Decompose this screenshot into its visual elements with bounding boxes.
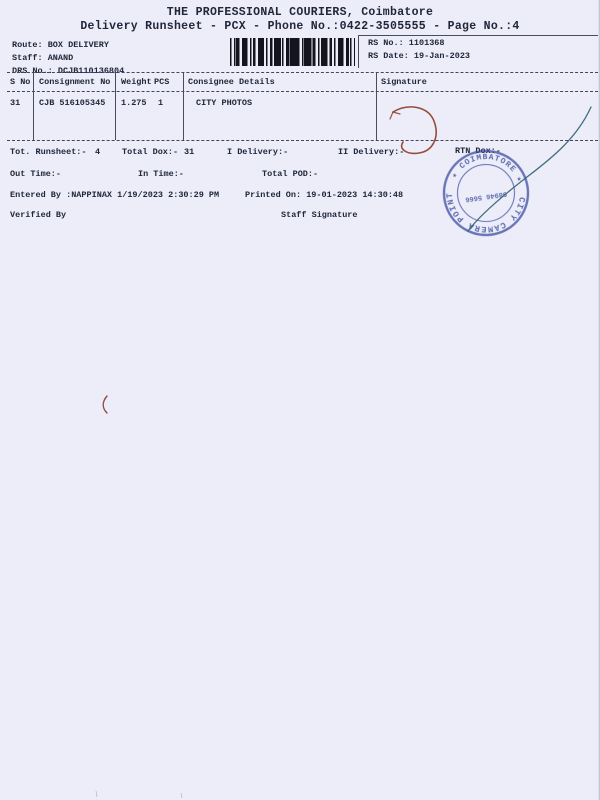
verified-by-label: Verified By [10,211,66,220]
delivery-runsheet-document: THE PROFESSIONAL COURIERS, Coimbatore De… [0,0,600,800]
tot-runsheet-value: 4 [95,148,100,157]
table-col-divider [183,72,184,140]
total-pod-field: Total POD:- [262,170,318,179]
total-dox-label: Total Dox:- [122,148,178,157]
barcode [230,38,355,66]
row-pcs: 1 [158,99,163,108]
page-title: THE PROFESSIONAL COURIERS, Coimbatore [0,7,600,19]
rs-no-field: RS No.: 1101368 [368,39,445,48]
total-dox-value: 31 [184,148,194,157]
col-header-signature: Signature [381,78,427,87]
rubber-stamp: CITY CAMERA POINT ★ COIMBATORE ★ 98946 5… [440,147,532,239]
col-header-sno: S No [10,78,30,87]
in-time-field: In Time:- [138,170,184,179]
rs-date-field: RS Date: 19-Jan-2023 [368,52,470,61]
rs-box-left-border [358,35,359,68]
col-header-weight: Weight [121,78,152,87]
ii-delivery-field: II Delivery:- [338,148,404,157]
table-col-divider [376,72,377,140]
row-consignment-no: CJB 516105345 [39,99,105,108]
table-col-divider [115,72,116,140]
col-header-consignment: Consignment No [39,78,110,87]
col-header-pcs: PCS [154,78,169,87]
row-sno: 31 [10,99,20,108]
table-header-border [7,91,598,92]
table-top-border [7,72,598,73]
table-col-divider [33,72,34,140]
page-subtitle: Delivery Runsheet - PCX - Phone No.:0422… [0,21,600,33]
red-pen-arrow-tip [390,112,400,119]
out-time-field: Out Time:- [10,170,61,179]
ink-marks-overlay [0,0,600,800]
staff-field: Staff: ANAND [12,54,73,63]
row-weight: 1.275 [121,99,147,108]
staff-signature-label: Staff Signature [281,211,358,220]
printed-on-field: Printed On: 19-01-2023 14:30:48 [245,191,403,200]
i-delivery-field: I Delivery:- [227,148,288,157]
route-field: Route: BOX DELIVERY [12,41,109,50]
table-bottom-border [7,140,598,141]
row-consignee: CITY PHOTOS [196,99,252,108]
tot-runsheet-label: Tot. Runsheet:- [10,148,87,157]
scan-specks [96,791,182,798]
entered-by-field: Entered By :NAPPINAX 1/19/2023 2:30:29 P… [10,191,219,200]
col-header-consignee: Consignee Details [188,78,275,87]
stamp-center-text: 98946 5666 [465,189,508,203]
stray-pen-mark [103,396,107,413]
rs-box-top-border [358,35,598,36]
